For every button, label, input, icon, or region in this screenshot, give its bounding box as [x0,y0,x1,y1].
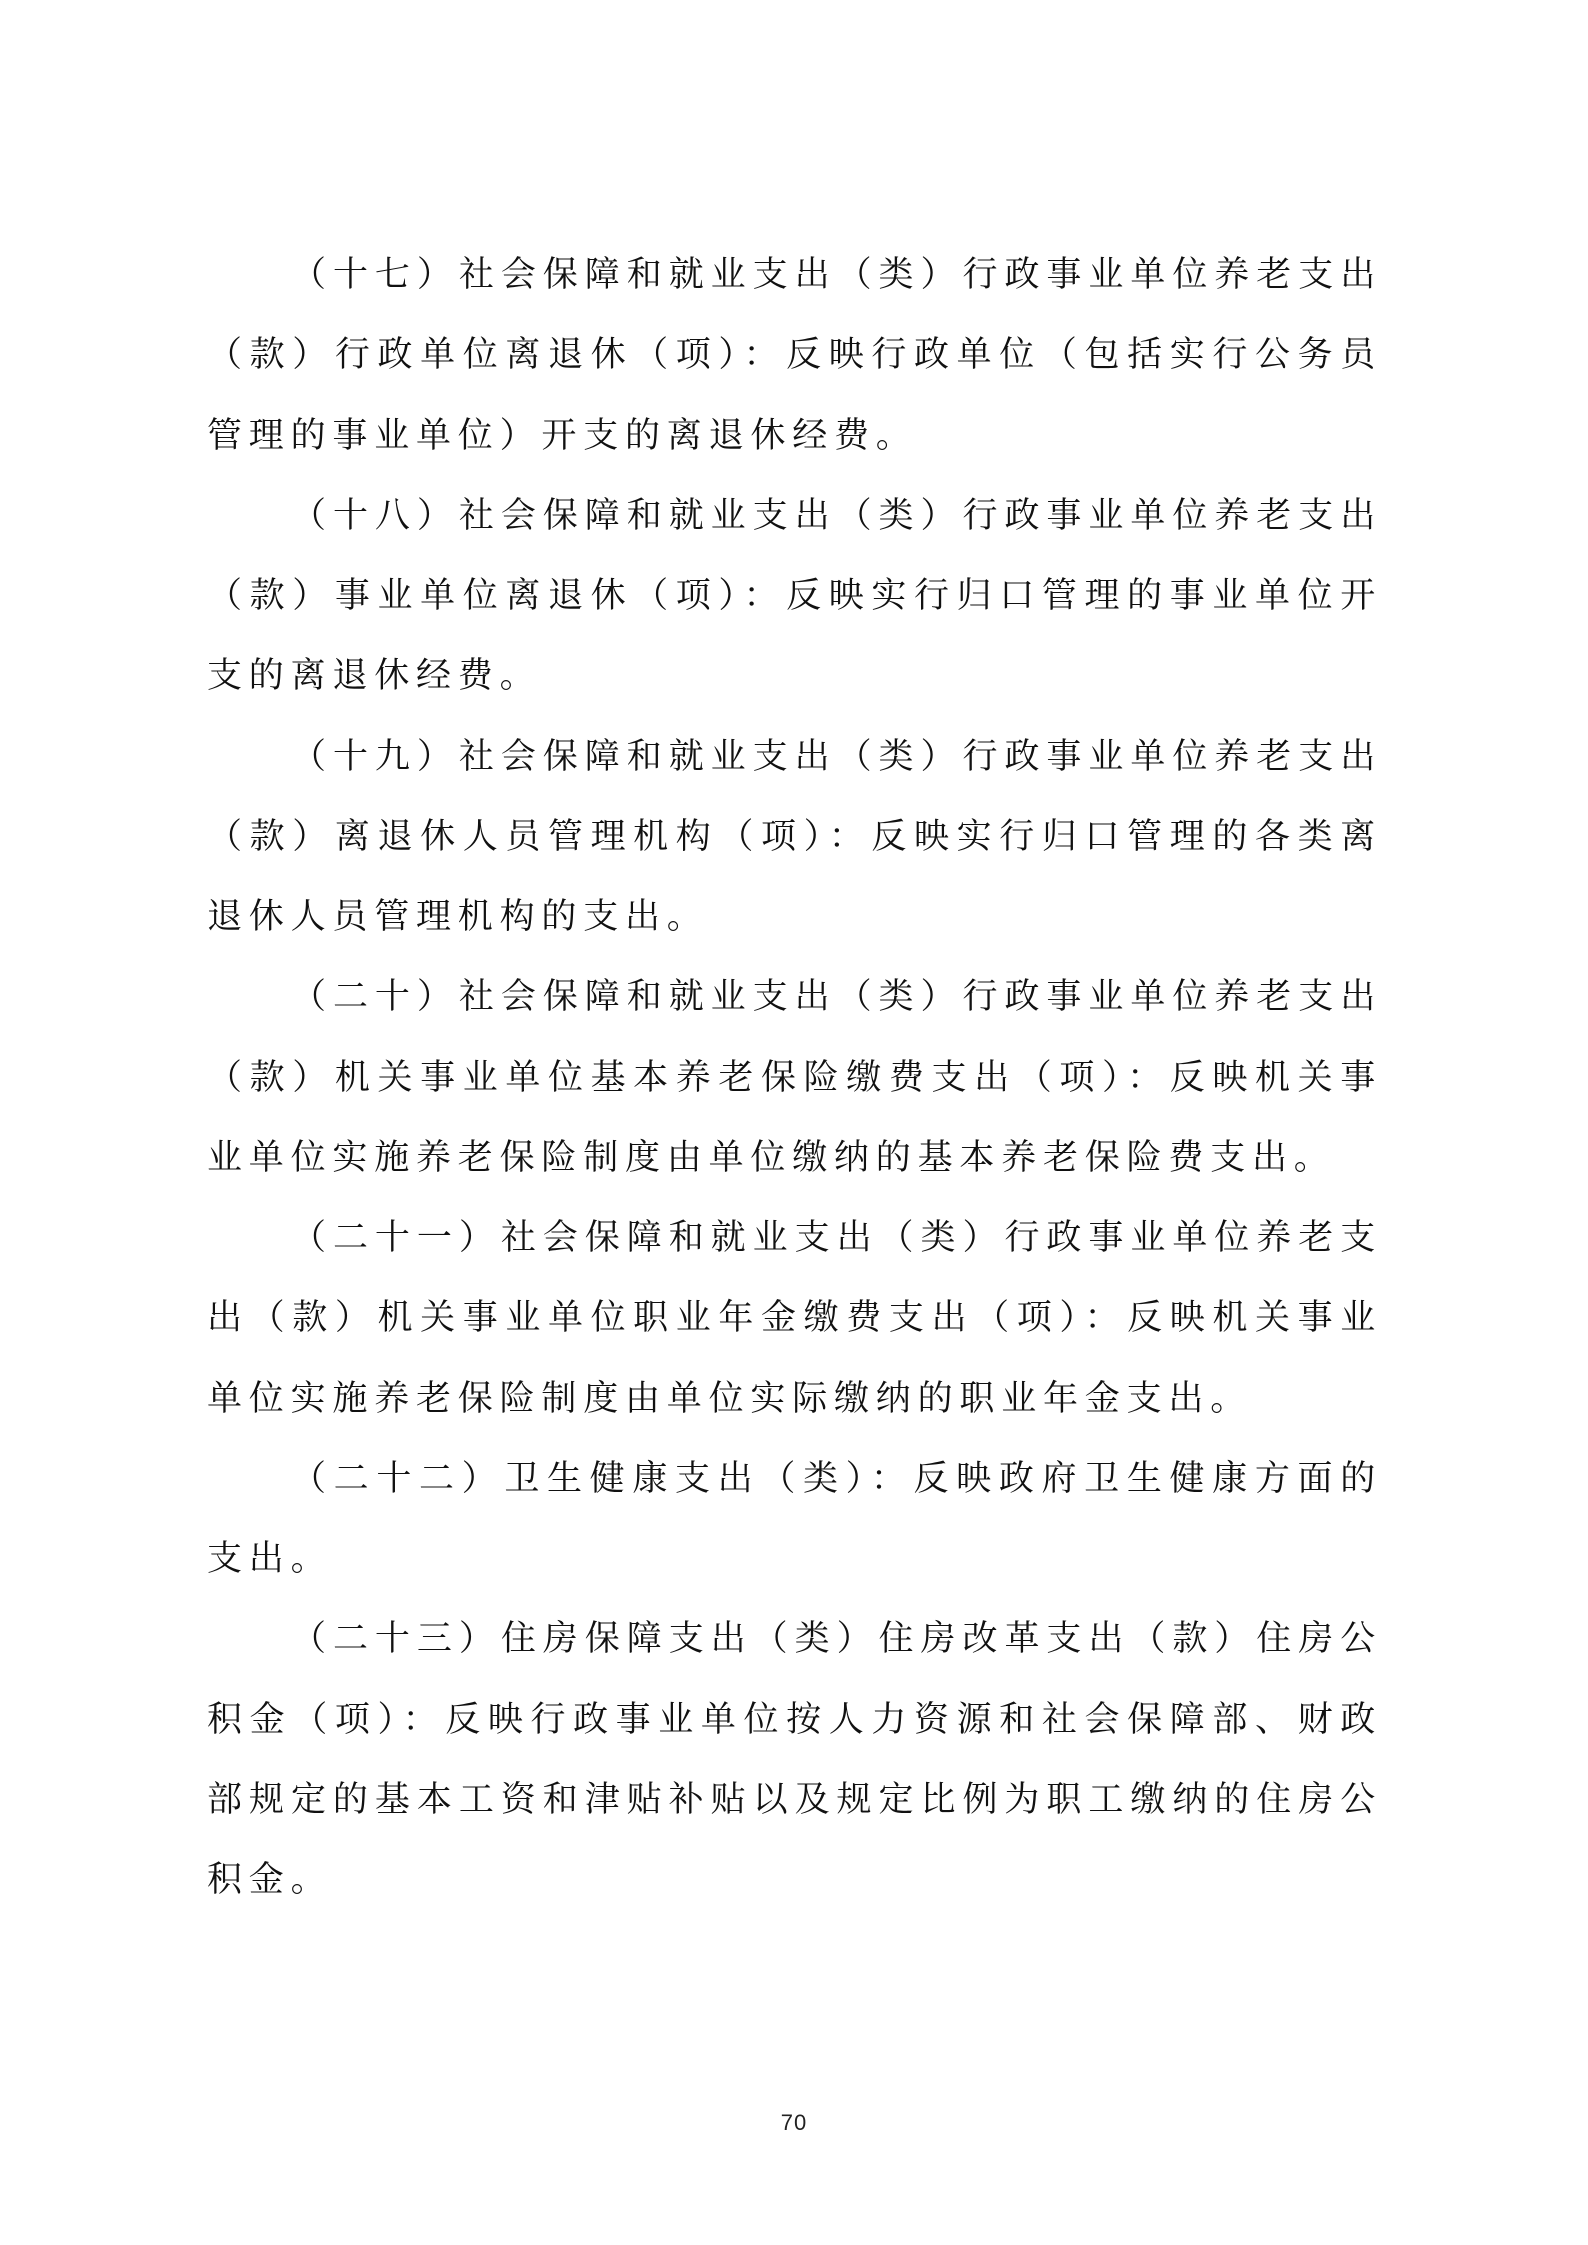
page-number: 70 [0,2110,1588,2136]
paragraph-item-22: （二十二）卫生健康支出（类）：反映政府卫生健康方面的支出。 [207,1439,1382,1600]
paragraph-item-17: （十七）社会保障和就业支出（类）行政事业单位养老支出（款）行政单位离退休（项）：… [207,235,1382,476]
document-body: （十七）社会保障和就业支出（类）行政事业单位养老支出（款）行政单位离退休（项）：… [207,235,1382,1920]
paragraph-item-18: （十八）社会保障和就业支出（类）行政事业单位养老支出（款）事业单位离退休（项）：… [207,476,1382,717]
paragraph-item-19: （十九）社会保障和就业支出（类）行政事业单位养老支出（款）离退休人员管理机构（项… [207,717,1382,958]
document-page: （十七）社会保障和就业支出（类）行政事业单位养老支出（款）行政单位离退休（项）：… [0,0,1588,2245]
paragraph-item-20: （二十）社会保障和就业支出（类）行政事业单位养老支出（款）机关事业单位基本养老保… [207,957,1382,1198]
paragraph-item-21: （二十一）社会保障和就业支出（类）行政事业单位养老支出（款）机关事业单位职业年金… [207,1198,1382,1439]
paragraph-item-23: （二十三）住房保障支出（类）住房改革支出（款）住房公积金（项）：反映行政事业单位… [207,1599,1382,1920]
